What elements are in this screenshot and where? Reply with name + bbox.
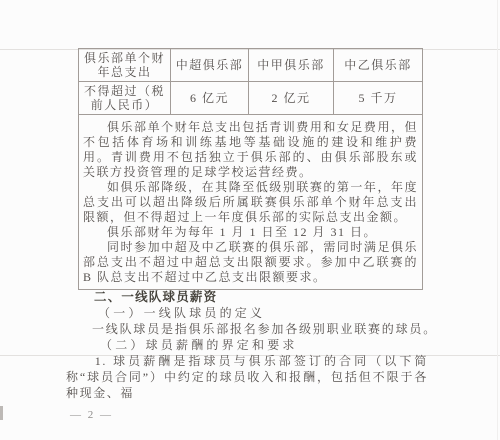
note-paragraph-fiscal-year: 俱乐部财年为每年 1 月 1 日至 12 月 31 日。 [83,225,418,240]
salary-paragraph: 1. 球员薪酬是指球员与俱乐部签订的合同（以下简称“球员合同”）中约定的球员收入… [66,353,428,401]
spending-limits-table: 俱乐部单个财年总支出 中超俱乐部 中甲俱乐部 中乙俱乐部 不得超过（税前人民币）… [78,48,423,290]
scan-artifact-line-right [497,0,498,440]
note-paragraph-relegation: 如俱乐部降级，在其降至低级别联赛的第一年，年度总支出可以超出降级后所属联赛俱乐部… [83,180,418,225]
limit-value-league-two: 5 千万 [334,82,423,115]
definition-text: 一线队球员是指俱乐部报名参加各级别职业联赛的球员。 [68,322,437,336]
table-limit-row: 不得超过（税前人民币） 6 亿元 2 亿元 5 千万 [79,82,423,115]
salary-subheading: （二）球员薪酬的界定和要求 [68,338,298,352]
scan-smudge [0,406,3,420]
header-cell-league-two: 中乙俱乐部 [334,49,423,82]
header-cell-category: 俱乐部单个财年总支出 [79,49,171,82]
limit-label-cell: 不得超过（税前人民币） [79,82,171,115]
note-paragraph-scope: 俱乐部单个财年总支出包括青训费用和女足费用，但不包括体育场和训练基地等基础设施的… [83,120,418,180]
section-heading: 二、一线队球员薪资 [68,290,217,304]
header-cell-csl: 中超俱乐部 [171,49,249,82]
limit-value-league-one: 2 亿元 [249,82,334,115]
limit-value-csl: 6 亿元 [171,82,249,115]
table-notes-row: 俱乐部单个财年总支出包括青训费用和女足费用，但不包括体育场和训练基地等基础设施的… [79,115,423,290]
document-page: 俱乐部单个财年总支出 中超俱乐部 中甲俱乐部 中乙俱乐部 不得超过（税前人民币）… [0,0,500,440]
note-paragraph-dual-league: 同时参加中超及中乙联赛的俱乐部，需同时满足俱乐部总支出不超过中超总支出限额要求。… [83,240,418,285]
page-number: — 2 — [70,409,113,421]
table-header-row: 俱乐部单个财年总支出 中超俱乐部 中甲俱乐部 中乙俱乐部 [79,49,423,82]
header-cell-league-one: 中甲俱乐部 [249,49,334,82]
definition-subheading: （一）一线队球员的定义 [68,306,265,320]
notes-cell: 俱乐部单个财年总支出包括青训费用和女足费用，但不包括体育场和训练基地等基础设施的… [79,115,423,290]
